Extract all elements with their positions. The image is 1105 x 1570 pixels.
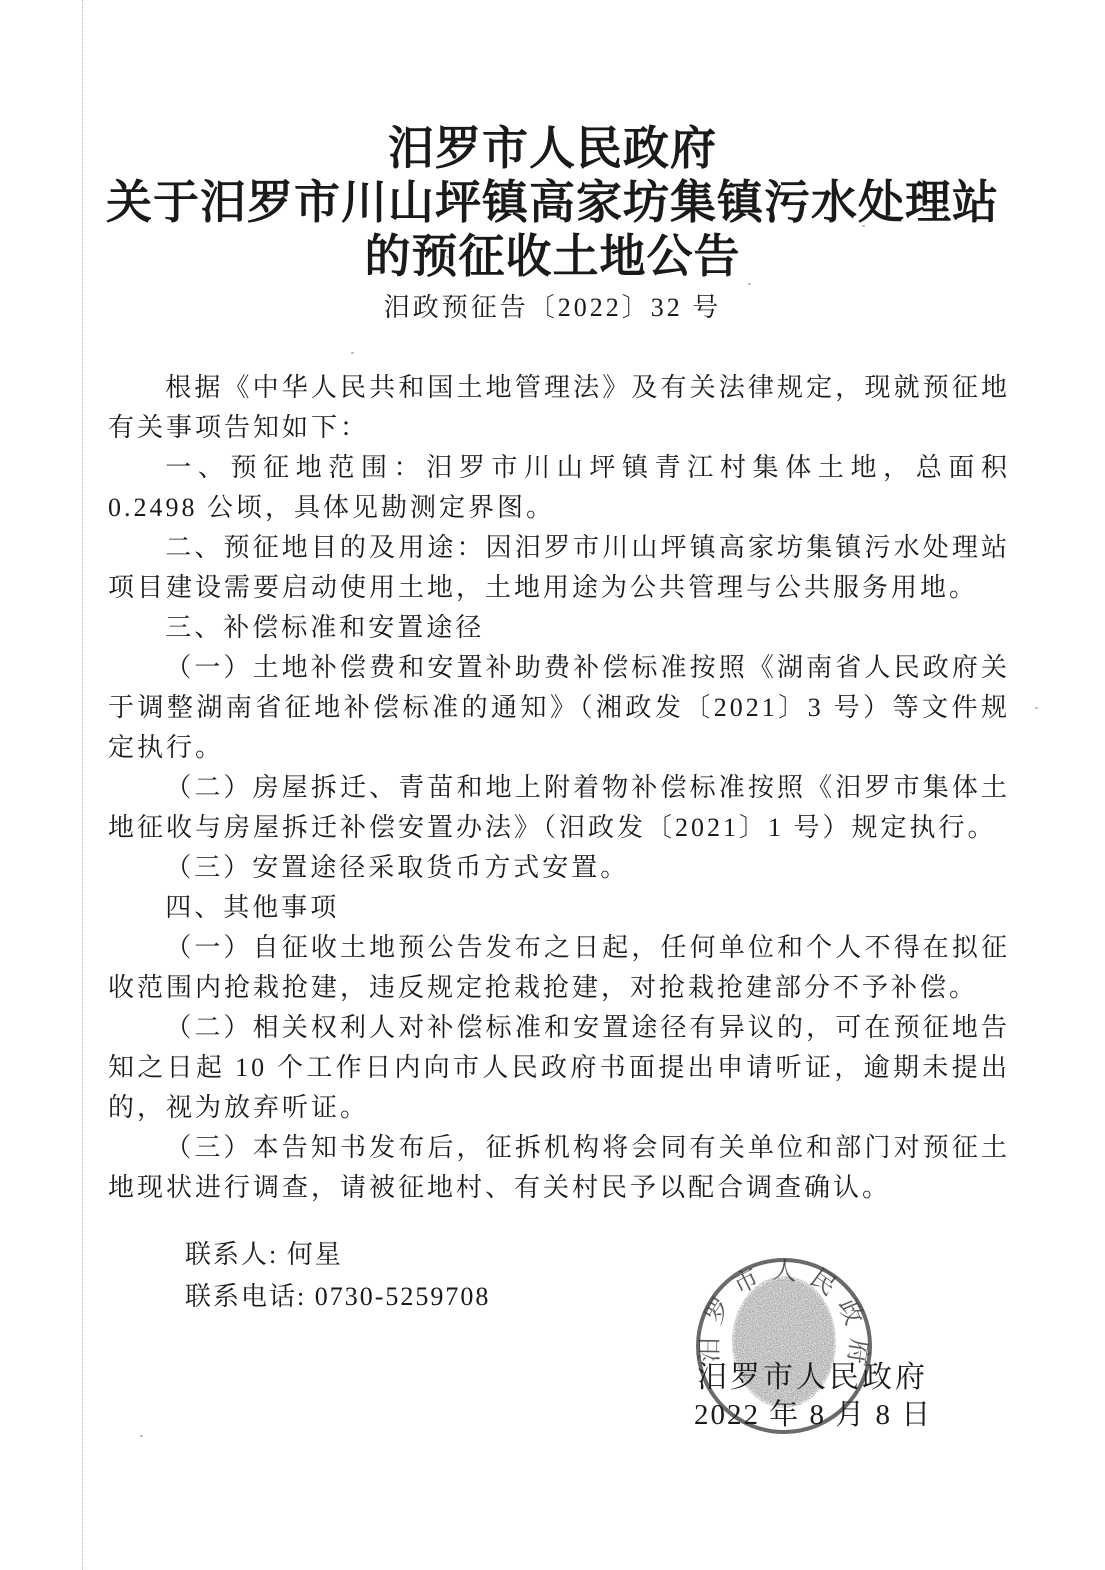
contact-phone: 联系电话: 0730-5259708 [185,1276,1105,1318]
paragraph-section-4-heading: 四、其他事项 [108,888,1010,928]
document-header: 汨罗市人民政府 关于汨罗市川山坪镇高家坊集镇污水处理站 的预征收土地公告 汨政预… [0,0,1105,324]
paragraph-section-1: 一、预征地范围：汨罗市川山坪镇青江村集体土地，总面积 0.2498 公顷，具体见… [108,448,1010,528]
document-body: 根据《中华人民共和国土地管理法》及有关法律规定，现就预征地有关事项告知如下： 一… [108,368,1010,1208]
scan-speck [351,352,354,354]
scan-speck [1035,707,1038,709]
document-title-line-1: 汨罗市人民政府 [0,122,1105,176]
scan-artifact-line [82,0,83,1570]
paragraph-section-4-item-3: （三）本告知书发布后，征拆机构将会同有关单位和部门对预征土地现状进行调查，请被征… [108,1128,1010,1208]
paragraph-section-3-item-2: （二）房屋拆迁、青苗和地上附着物补偿标准按照《汨罗市集体土地征收与房屋拆迁补偿安… [108,768,1010,848]
paragraph-section-3-item-1: （一）土地补偿费和安置补助费补偿标准按照《湖南省人民政府关于调整湖南省征地补偿标… [108,648,1010,768]
document-title-line-2: 关于汨罗市川山坪镇高家坊集镇污水处理站 [0,176,1105,230]
contact-person: 联系人: 何星 [185,1234,1105,1276]
scanned-document-page: 汨罗市人民政府 关于汨罗市川山坪镇高家坊集镇污水处理站 的预征收土地公告 汨政预… [0,0,1105,1570]
scan-speck [862,225,865,227]
paragraph-section-2: 二、预征地目的及用途：因汨罗市川山坪镇高家坊集镇污水处理站项目建设需要启动使用土… [108,528,1010,608]
scan-speck [140,1435,143,1437]
paragraph-intro: 根据《中华人民共和国土地管理法》及有关法律规定，现就预征地有关事项告知如下： [108,368,1010,448]
signature-issuer: 汨罗市人民政府 [697,1352,928,1396]
document-title-line-3: 的预征收土地公告 [0,230,1105,284]
contact-block: 联系人: 何星 联系电话: 0730-5259708 [185,1234,1105,1318]
signature-date: 2022 年 8 月 8 日 [694,1392,932,1433]
paragraph-section-3-heading: 三、补偿标准和安置途径 [108,608,1010,648]
paragraph-section-4-item-2: （二）相关权利人对补偿标准和安置途径有异议的，可在预征地告知之日起 10 个工作… [108,1008,1010,1128]
document-number: 汨政预征告〔2022〕32 号 [0,292,1105,324]
paragraph-section-3-item-3: （三）安置途径采取货币方式安置。 [108,848,1010,888]
scan-speck [748,283,751,285]
paragraph-section-4-item-1: （一）自征收土地预公告发布之日起，任何单位和个人不得在拟征收范围内抢栽抢建，违反… [108,928,1010,1008]
scan-speck [446,256,449,258]
